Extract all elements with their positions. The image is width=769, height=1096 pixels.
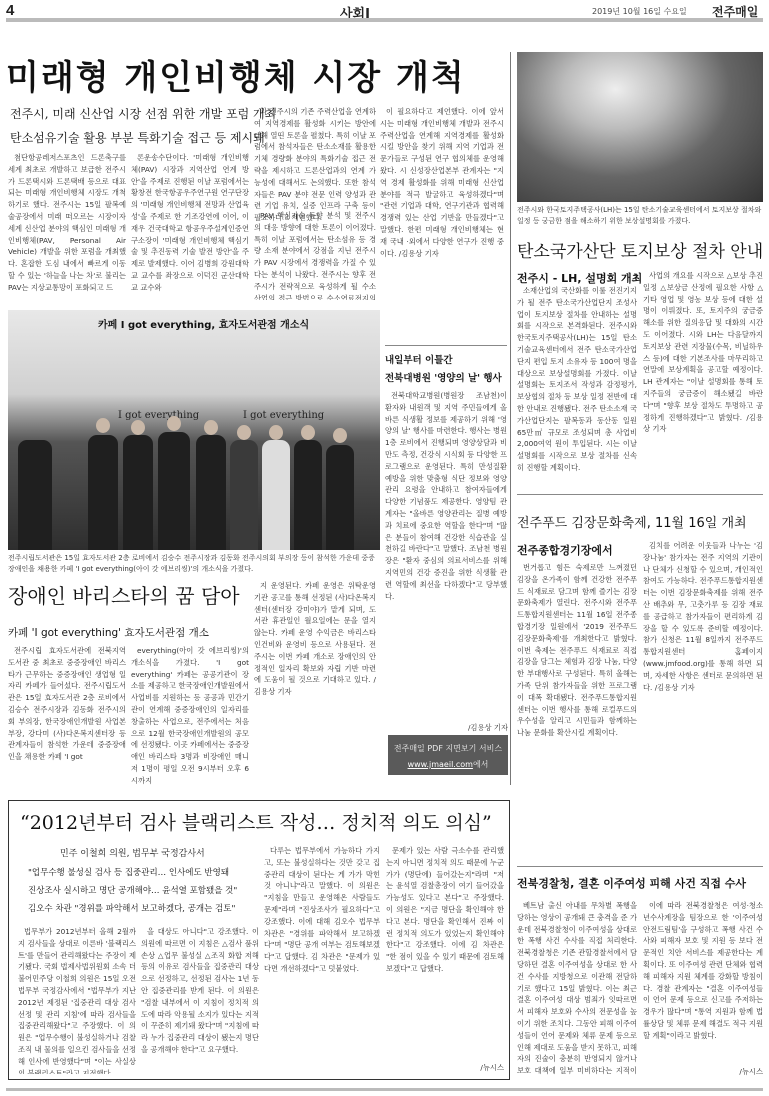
pav-body-col2: 론운송수단이다. '미래형 개인비행체(PAV) 시장과 지역산업 연계 방안'… xyxy=(131,152,249,297)
carbon-body-col2: 사업의 개요를 시작으로 △보상 추진 일정 △보상금 산정에 필요한 사항 △… xyxy=(643,270,763,485)
header-rule xyxy=(6,18,763,22)
carbon-subhead: 전주시 - LH, 설명회 개최 xyxy=(517,270,642,286)
pdf-service-link[interactable]: www.jmaeil.com xyxy=(408,760,473,769)
footer-rule xyxy=(6,1088,763,1091)
section-rule xyxy=(517,866,763,867)
police-body-col1: 베트남 출신 아내를 무차별 폭행을 당하는 영상이 공개돼 큰 충격을 준 가… xyxy=(517,900,637,1078)
cafe-banner-text: 카페 I got everything, 효자도서관점 개소식 xyxy=(98,316,309,331)
blacklist-subhead-4: 김오수 차관 "경위를 파악해서 보고하겠다, 공개는 검토" xyxy=(28,902,235,914)
hospital-byline: /김용상 기자 xyxy=(460,722,508,734)
kimjang-body-col2: 김치를 어려운 이웃들과 나누는 '김장나눔' 참가자는 전주 지역의 기관이나… xyxy=(643,540,763,845)
cafe-body-col2: everything(아이 갓 에브리씽)'의 개소식을 가졌다. 'I got… xyxy=(131,645,249,785)
section-rule xyxy=(517,494,763,495)
pav-subhead-1: 전주시, 미래 신산업 시장 선점 위한 개발 포럼 개최 xyxy=(10,105,276,122)
police-body-col2: 이에 따라 전북경찰청은 여성·청소년수사계장을 팀장으로 한 '이주여성 안전… xyxy=(643,900,763,1065)
hospital-body: 전북대학교병원(병원장 조남천)이 환자와 내원객 및 지역 주민들에게 올바른… xyxy=(385,390,507,720)
column-divider xyxy=(510,52,511,372)
blacklist-byline: /뉴시스 xyxy=(460,1062,504,1074)
cafe-sign-right: I got everything xyxy=(243,410,324,421)
kimjang-headline: 전주푸드 김장문화축제, 11월 16일 개최 xyxy=(517,512,747,531)
pav-body-col1: 첨단항공레저스포츠인 드론축구를 세계 최초로 개발하고 보급한 전주시가 드론… xyxy=(8,152,126,297)
pdf-service-suffix: 에서 xyxy=(473,760,488,769)
cafe-body-col1: 전주시립 효자도서관에 전북지역 도서관 중 최초로 중증장애인 바리스타가 근… xyxy=(8,645,126,785)
briefing-session-photo xyxy=(517,52,763,202)
section-rule xyxy=(385,345,507,346)
blacklist-body-col4: 문제가 있는 사람 극소수를 관리했는지 아니면 정치적 의도 때문에 누군가가… xyxy=(386,845,504,1060)
pdf-service-banner[interactable]: 전주매일 PDF 지면보기 서비스 www.jmaeil.com에서 xyxy=(388,735,508,775)
cafe-headline: 장애인 바리스타의 꿈 담아 xyxy=(8,580,240,609)
police-byline: /뉴시스 xyxy=(718,1066,763,1078)
blacklist-subhead-1: 민주 이철희 의원, 법무부 국정감사서 xyxy=(60,846,205,859)
pav-body-col3: PAV 핵심기술 동향 분석 및 전주시의 대응 방향에 대한 토론이 이어졌다… xyxy=(254,210,376,300)
blacklist-subhead-2: "업무수행 불성실 검사 등 집중관리… 인사에도 반영돼 xyxy=(28,866,229,878)
briefing-photo-caption: 전주시와 한국토지주택공사(LH)는 15일 탄소기술교육센터에서 토지보상 절… xyxy=(517,205,763,227)
kimjang-body-col1: 번거롭고 힘든 숙제로만 느껴졌던 김장을 온가족이 함께 건강한 전주푸드 식… xyxy=(517,562,637,847)
cafe-opening-photo: 카페 I got everything, 효자도서관점 개소식 I got ev… xyxy=(8,310,380,550)
pav-headline: 미래형 개인비행체 시장 개척 xyxy=(6,50,466,99)
hospital-kicker: 내일부터 이틀간 xyxy=(385,352,453,366)
hospital-headline: 전북대병원 '영양의 날' 행사 xyxy=(385,370,502,384)
carbon-headline: 탄소국가산단 토지보상 절차 안내 xyxy=(517,237,763,262)
blacklist-body-col2: 을 대상도 아니다"고 강조했다. 이 의원에 따르면 이 지침은 △검사 품위… xyxy=(141,926,259,1074)
blacklist-body-col3: 다루는 법무부에서 가능하다 가지고, 또는 불성실하다는 것만 갖고 집중관리… xyxy=(264,845,380,1073)
pav-subhead-2: 탄소섬유기술 활용 부분 특화기술 접근 등 제시돼 xyxy=(10,129,265,146)
pdf-service-text: 전주매일 PDF 지면보기 서비스 xyxy=(388,743,508,754)
cafe-sign-left: I got everything xyxy=(118,410,199,421)
blacklist-headline: “2012년부터 검사 블랙리스트 작성… 정치적 의도 의심” xyxy=(20,808,492,835)
pav-body-col5: 이 필요하다고 제언했다. 이에 앞서 시는 미래형 개인비행체 개발과 전주시… xyxy=(380,106,504,381)
blacklist-body-col1: 법무부가 2012년부터 올해 2월까지 검사들을 상대로 이른바 '블랙리스트… xyxy=(18,926,136,1074)
police-headline: 전북경찰청, 결혼 이주여성 피해 사건 직접 수사 xyxy=(517,875,746,891)
page-number: 4 xyxy=(6,2,14,19)
carbon-body-col1: 소재산업의 국산화를 이룰 전진기지가 될 전주 탄소국가산업단지 조성사업이 … xyxy=(517,285,637,485)
cafe-photo-caption: 전주시립도서관은 15일 효자도서관 2층 로비에서 김승수 전주시장과 김동화… xyxy=(8,553,380,575)
issue-date: 2019년 10월 16일 수요일 xyxy=(592,6,687,17)
column-divider xyxy=(510,345,511,785)
kimjang-subhead: 전주종합경기장에서 xyxy=(517,542,613,558)
cafe-body-col3: 지 운영된다. 카페 운영은 위탁운영기관 공고를 통해 선정된 (사)다온복지… xyxy=(254,580,376,785)
blacklist-subhead-3: 진상조사 실시하고 명단 공개해야… 윤석열 포함됐을 것" xyxy=(28,884,237,896)
cafe-subhead: 카페 'I got everything' 효자도서관점 개소 xyxy=(8,625,209,640)
